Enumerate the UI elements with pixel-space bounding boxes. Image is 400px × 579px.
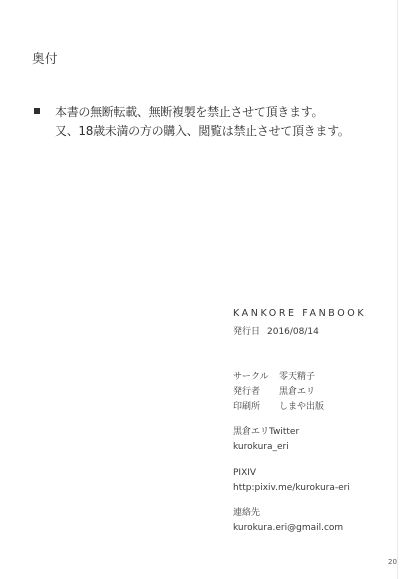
credit-row-printer: 印刷所しまや出版 [233, 400, 324, 415]
credit-row-publisher: 発行者黒倉エリ [233, 385, 324, 400]
publication-date-value: 2016/08/14 [267, 327, 319, 337]
colophon-heading: 奥付 [32, 49, 58, 67]
twitter-contact: 黒倉エリTwitter kurokura_eri [233, 425, 299, 455]
pixiv-contact: PIXIV http:pixiv.me/kurokura-eri [233, 466, 350, 496]
colophon-page: 奥付 本書の無断転載、無断複製を禁止させて頂きます。 又、18歳未満の方の購入、… [0, 0, 400, 579]
credit-value: 零天精子 [279, 372, 315, 382]
twitter-label: 黒倉エリTwitter [233, 425, 299, 440]
pixiv-url: http:pixiv.me/kurokura-eri [233, 481, 350, 496]
credit-value: しまや出版 [279, 402, 324, 412]
credit-label: 発行者 [233, 385, 279, 400]
credit-value: 黒倉エリ [279, 387, 315, 397]
credit-label: 印刷所 [233, 400, 279, 415]
mail-label: 連絡先 [233, 506, 343, 521]
notice-line-2: 又、18歳未満の方の購入、閲覧は禁止させて頂きます。 [55, 122, 350, 139]
mail-address: kurokura.eri@gmail.com [233, 521, 343, 536]
book-title: KANKORE FANBOOK [233, 308, 366, 319]
credits-list: サークル零天精子 発行者黒倉エリ 印刷所しまや出版 [233, 370, 324, 415]
page-number: 20 [388, 558, 397, 566]
twitter-handle: kurokura_eri [233, 440, 299, 455]
scan-edge-line [397, 0, 398, 579]
mail-contact: 連絡先 kurokura.eri@gmail.com [233, 506, 343, 536]
notice-line-1: 本書の無断転載、無断複製を禁止させて頂きます。 [55, 103, 323, 120]
credit-row-circle: サークル零天精子 [233, 370, 324, 385]
publication-date-label: 発行日 [233, 324, 267, 337]
credit-label: サークル [233, 370, 279, 385]
publication-date: 発行日2016/08/14 [233, 324, 319, 337]
pixiv-label: PIXIV [233, 466, 350, 481]
black-square-bullet-icon [34, 108, 40, 114]
